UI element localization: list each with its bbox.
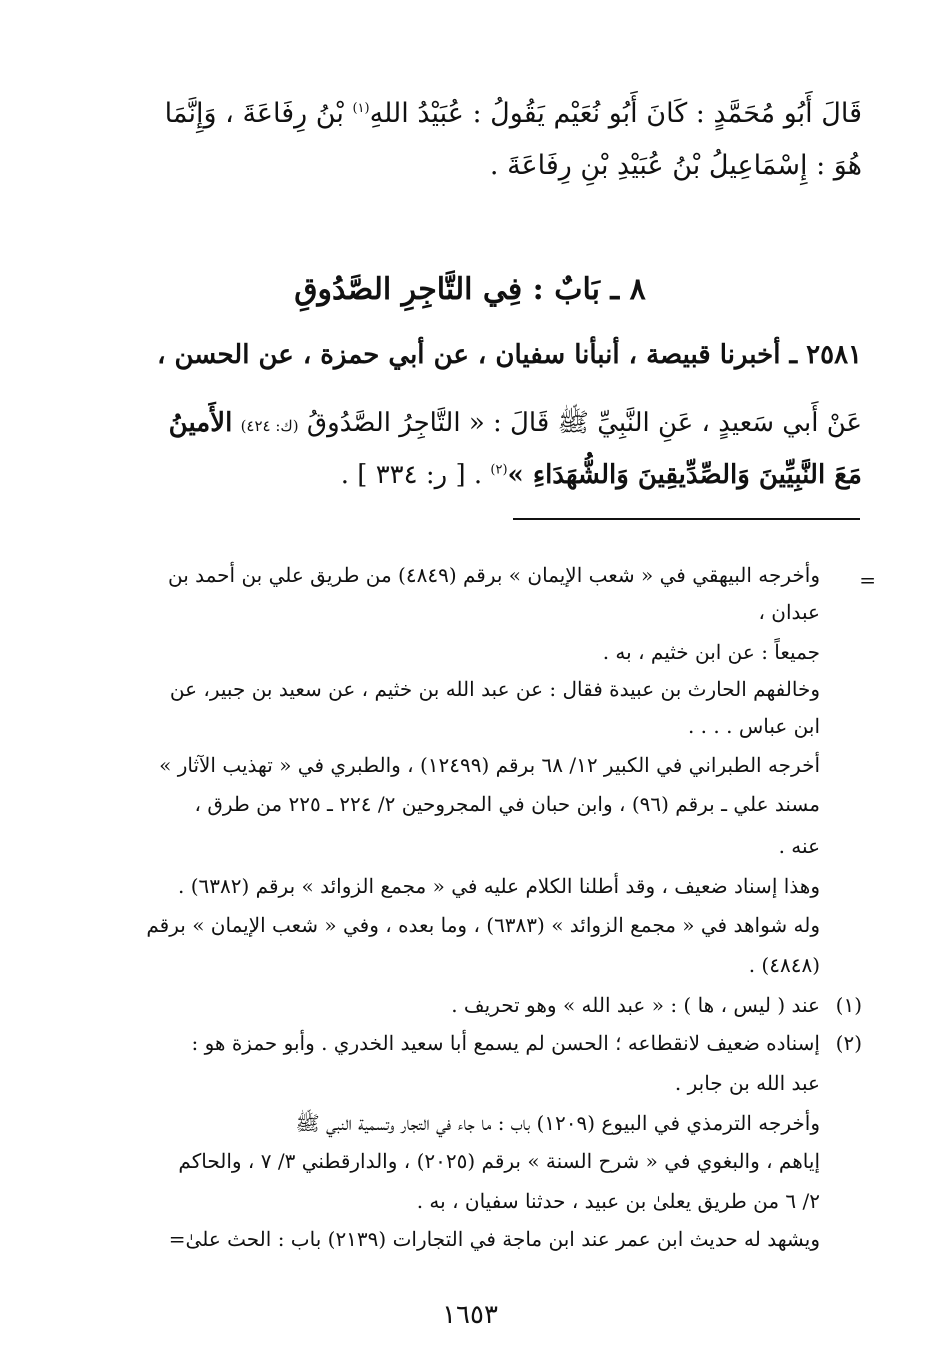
main-text-line-2: هُوَ : إِسْمَاعِيلُ بْنُ عُبَيْدِ بْنِ ر… — [490, 150, 862, 181]
cross-reference: . [ ر: ٣٣٤ ] . — [341, 460, 482, 490]
footnote-number-2: (٢) — [836, 1031, 862, 1055]
hadith-line-3: مَعَ النَّبِيِّينَ وَالصِّدِّيقِينَ وَال… — [341, 460, 862, 490]
hadith-line-2-end: الأَمينُ — [169, 408, 233, 438]
footnote-line: عبدان ، — [758, 600, 820, 624]
hadith-line-1: ٢٥٨١ ـ أخبرنا قبيصة ، أنبأنا سفيان ، عن … — [157, 340, 862, 370]
footnote-line: جميعاً : عن ابن خثيم ، به . — [603, 640, 820, 664]
footnote-ref-2: (٢) — [490, 462, 507, 477]
book-page: قَالَ أَبُو مُحَمَّدٍ : كَانَ أَبُو نُعَ… — [0, 0, 940, 1371]
footnote-line: ويشهد له حديث ابن عمر عند ابن ماجة في ال… — [169, 1227, 820, 1251]
hadith-line-3-body: مَعَ النَّبِيِّينَ وَالصِّدِّيقِينَ وَال… — [508, 460, 862, 490]
hadith-line-2-body: عَنْ أَبي سَعيدٍ ، عَنِ النَّبِيِّ ﷺ قَا… — [307, 408, 862, 438]
footnote-line: ابن عباس . . . . — [688, 714, 820, 738]
footnote-line: مسند علي ـ برقم (٩٦) ، وابن حبان في المج… — [195, 792, 820, 816]
footnote-divider — [513, 518, 860, 520]
footnote-line: وله شواهد في « مجمع الزوائد » (٦٣٨٣) ، و… — [146, 913, 820, 937]
footnote-line: (٤٨٤٨) . — [749, 953, 820, 977]
page-number: ١٦٥٣ — [0, 1300, 940, 1330]
main-text-line-1: قَالَ أَبُو مُحَمَّدٍ : كَانَ أَبُو نُعَ… — [165, 98, 862, 129]
footnote-line: وخالفهم الحارث بن عبيدة فقال : عن عبد ال… — [170, 677, 820, 701]
hadith-line-2: عَنْ أَبي سَعيدٍ ، عَنِ النَّبِيِّ ﷺ قَا… — [169, 406, 862, 444]
footnote-line: عبد الله بن جابر . — [675, 1071, 820, 1095]
footnote-line: وأخرجه الترمذي في البيوع (١٢٠٩) باب : ما… — [296, 1111, 820, 1140]
footnote-line: إسناده ضعيف لانقطاعه ؛ الحسن لم يسمع أبا… — [191, 1031, 820, 1055]
manuscript-marker: (ك: ٤٢٤) — [241, 417, 299, 435]
footnote-line: ٢/ ٦ من طريق يعلىٰ بن عبيد ، حدثنا سفيان… — [417, 1189, 820, 1213]
footnote-line: أخرجه الطبراني في الكبير ١٢/ ٦٨ برقم (١٢… — [159, 753, 820, 777]
footnote-line: وأخرجه البيهقي في « شعب الإيمان » برقم (… — [168, 563, 820, 587]
continuation-mark: = — [859, 568, 876, 592]
footnote-number-1: (١) — [836, 993, 862, 1017]
chapter-heading: ٨ ـ بَابٌ : فِي التَّاجِرِ الصَّدُوقِ — [0, 272, 940, 307]
main-text-line-1-end: بْنُ رِفَاعَةَ ، وَإِنَّمَا — [165, 98, 344, 129]
footnote-line: وهذا إسناد ضعيف ، وقد أطلنا الكلام عليه … — [178, 874, 820, 898]
footnote-line: إياهم ، والبغوي في « شرح السنة » برقم (٢… — [178, 1149, 820, 1173]
footnote-1-text: عند ( ليس ، ها ) : « عبد الله » وهو تحري… — [451, 993, 820, 1017]
footnote-line: عنه . — [779, 834, 820, 858]
main-text-line-1-body: قَالَ أَبُو مُحَمَّدٍ : كَانَ أَبُو نُعَ… — [370, 98, 862, 129]
footnote-ref-1: (١) — [352, 101, 369, 116]
